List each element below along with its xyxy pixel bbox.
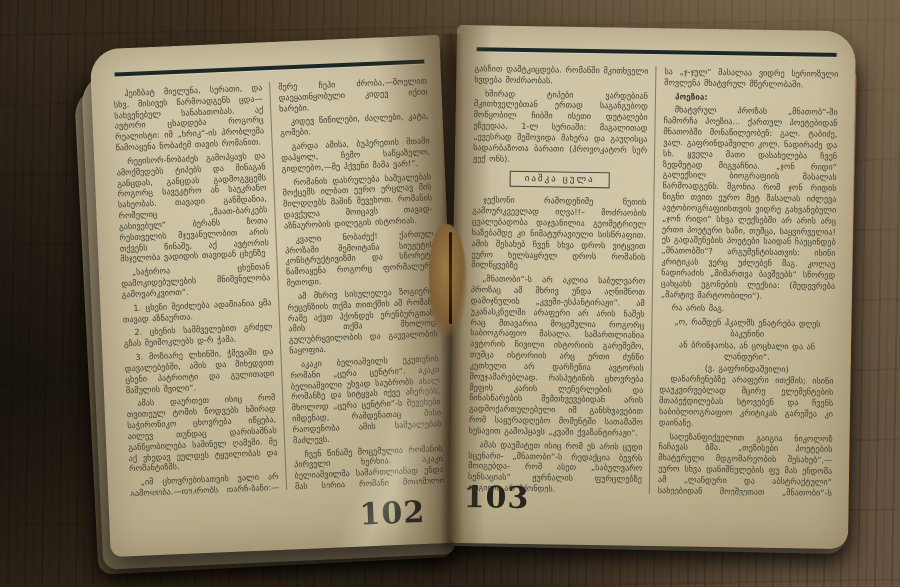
paragraph: „იმ ცხოვრებისათვის ვალი არ გამოყვება.—დუ… [129,471,279,496]
top-rule [477,47,837,57]
right-page: გასზით დამტკიცდება. რომანში მკითხველი ხვ… [449,25,856,549]
binding-thread [449,232,452,324]
paragraph: „მნათობი“-ს არ აკლია საბულვარო პროზაც ამ… [469,273,646,438]
page-number-103: 103 [463,480,529,516]
paragraph: კვალი ნობაძექ! ქართულ პროზაში შემოიტანა … [284,228,435,288]
paragraph: აკაკი ბელიაშვილს ეკუთვნის რომანი „ცერა ც… [290,353,442,446]
paragraph: ამ მხრივ სისულელეა ზოგიერთ რეცენზიის თქმ… [287,285,439,356]
photo-of-open-book: ჰეიზბატ მიელუნა, სერათი, და სხვ. მისივეს… [0,0,900,587]
left-page: ჰეიზბატ მიელუნა, სერათი, და სხვ. მისივეს… [90,35,461,557]
right-page-content: გასზით დამტკიცდება. რომანში მკითხველი ხვ… [449,25,855,549]
left-page-columns: ჰეიზბატ მიელუნა, სერათი, და სხვ. მისივეს… [113,75,444,496]
column1-body: ჯექსონი რამოდენიმე წუთის გამოურკვევლად ი… [468,195,647,494]
paragraph: მხატვრულ პროზას „მნათობ“-ში ჩამორჩა პოეზ… [661,105,838,303]
paragraph: 1. ცხენი შეიძლება ადამიანია ყმა თავად აზ… [122,297,272,325]
top-rule [115,60,425,77]
right-page-columns: გასზით დამტკიცდება. რომანში მკითხველი ხვ… [468,63,839,497]
right-page-column-1: გასზით დამტკიცდება. რომანში მკითხველი ხვ… [468,63,649,494]
page-number-102: 102 [359,495,426,533]
column1-intro: გასზით დამტკიცდება. რომანში მკითხველი ხვ… [473,63,649,166]
paragraph: 2. ცხენის სამშველებით გრძელ გზას შეიმოკლ… [123,322,273,350]
paragraph: კიდევ წიწილები, ძაღლები, კატა, გომები. [280,111,430,139]
paragraph: რომანის დასრულება საშუალებას მოქცემს ილბ… [282,171,433,231]
paragraph: სა „ჯ-ჯულ“ მასალაა ვიდრე სერიოზული მოვლე… [664,66,838,90]
paragraph: 3. მოზიარე ლხინში, ჭმევაში და დავალებებშ… [124,346,275,396]
paragraph: გარდა ამისა, ბუჰერეთის მთაში დაჰყოლ, ჩემ… [281,136,431,175]
paragraph: საღეზანფიქველით გაიგია ნიკოლოზ ჩაჩავას ბ… [658,431,833,497]
paragraph: რეჟისორ-ნობაძეს გამოჰყავს და ამოქმედებს … [116,150,269,264]
section-heading-box: იაშკა ცულა [510,171,610,189]
left-page-column-2: მერე ჩეჰი ძრობა,—მოელით დაეყათნყობული კი… [269,75,444,489]
paragraph: ჩვენ წინაშე მოცემულია რომანის პირველი ხე… [293,443,444,490]
left-page-column-1: ჰეიზბატ მიელუნა, სერათი, და სხვ. მისივეს… [113,82,279,496]
paragraph: ამას დაურთეთ ისიც რომ თვითეულ ტომის წოდვ… [126,392,278,474]
paragraph: ხშირად ტიპები ვარდებიან მკითხველებთან ერ… [473,88,648,167]
paragraph: ჰეიზბატ მიელუნა, სერათი, და სხვ. მისივეს… [113,82,265,153]
paragraph: ან ბრინჯაოსა, ან ცოცხალი და ან ლანდური“. [660,339,834,363]
torn-binding-patch [429,224,467,336]
paragraph: დანარჩენებზე არაფერი ითქმის; ისინი დაუკვ… [659,373,834,430]
paragraph: ჯექსონი რამოდენიმე წუთის გამოურკვევლად ი… [471,195,646,274]
right-page-column-2: სა „ჯ-ჯულ“ მასალაა ვიდრე სერიოზული მოვლე… [649,66,839,497]
paragraph: გასზით დამტკიცდება. რომანში მკითხველი ხვ… [474,63,648,87]
paragraph: პოეზია: [664,91,838,105]
paragraph: რა არის მაგ. [661,303,835,317]
paragraph: „ო, რამდენ ჰკალმს ენატრება დღეს ბაკუნინი [660,316,834,340]
left-page-content: ჰეიზბატ მიელუნა, სერათი, და სხვ. მისივეს… [90,35,461,557]
paragraph: „საჭიროა ცხენთან დამოკიდებულების მნიშვნე… [121,261,271,300]
paragraph: მერე ჩეჰი ძრობა,—მოელით დაეყათნყობული კი… [278,75,428,114]
